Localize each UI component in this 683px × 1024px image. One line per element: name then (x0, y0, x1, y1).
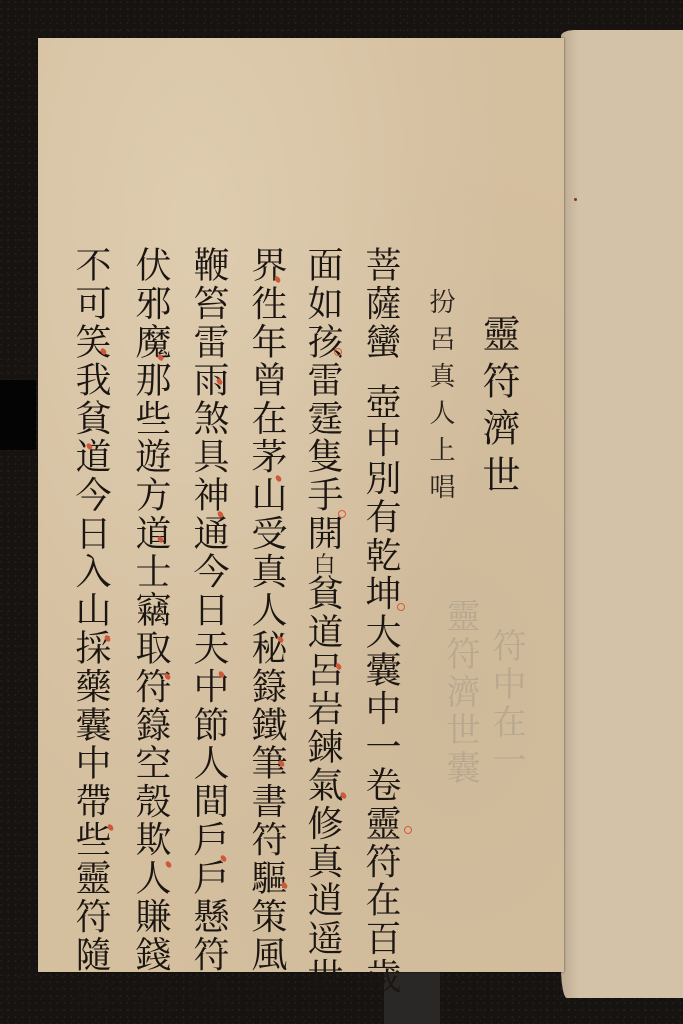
speech: 貧道呂岩鍊氣修真逍遥世 (302, 574, 343, 995)
right-page (561, 30, 683, 998)
bleed-through-text: 符中在一 (486, 628, 526, 780)
page-title: 靈符濟世 (476, 314, 520, 502)
scanner-shadow-strip (0, 380, 36, 450)
text-column-6: 不可笑我貧道今日入山採藥囊中帶些靈符隨緣 (68, 246, 112, 1012)
text-column-3: 界徃年曾在茅山受真人秘籙鐵筆書符驅策風雲 (244, 246, 288, 1012)
punctuation-circle (338, 510, 346, 518)
left-page: 靈符濟世囊 符中在一 靈符濟世 扮呂真人上唱 菩薩蠻壺中別有乾坤大囊中一卷靈符在… (38, 38, 564, 972)
bleed-through-text: 靈符濟世囊 (440, 598, 480, 788)
text-column-1: 菩薩蠻壺中別有乾坤大囊中一卷靈符在百歲 (358, 246, 402, 996)
verse: 壺中別有乾坤大囊中一卷靈符在百歲 (360, 383, 401, 996)
text-column-2: 面如孩雷霆隻手開白貧道呂岩鍊氣修真逍遥世 (300, 246, 344, 996)
verse: 面如孩雷霆隻手開 (302, 246, 343, 552)
punctuation-circle (397, 603, 405, 611)
punctuation-circle (404, 826, 412, 834)
spoken-marker: 白 (310, 552, 335, 574)
stage-direction: 扮呂真人上唱 (418, 288, 462, 510)
tune-name: 菩薩蠻 (360, 246, 401, 361)
punctuation-circle (334, 348, 342, 356)
text-column-4: 鞭笞雷雨煞具神通今日天中節人間戶戶懸符降 (186, 246, 230, 1012)
ink-speck (574, 198, 577, 201)
text-column-5: 伏邪魔那些遊方道士竊取符籙空殼欺人賺錢豈 (128, 246, 172, 1012)
